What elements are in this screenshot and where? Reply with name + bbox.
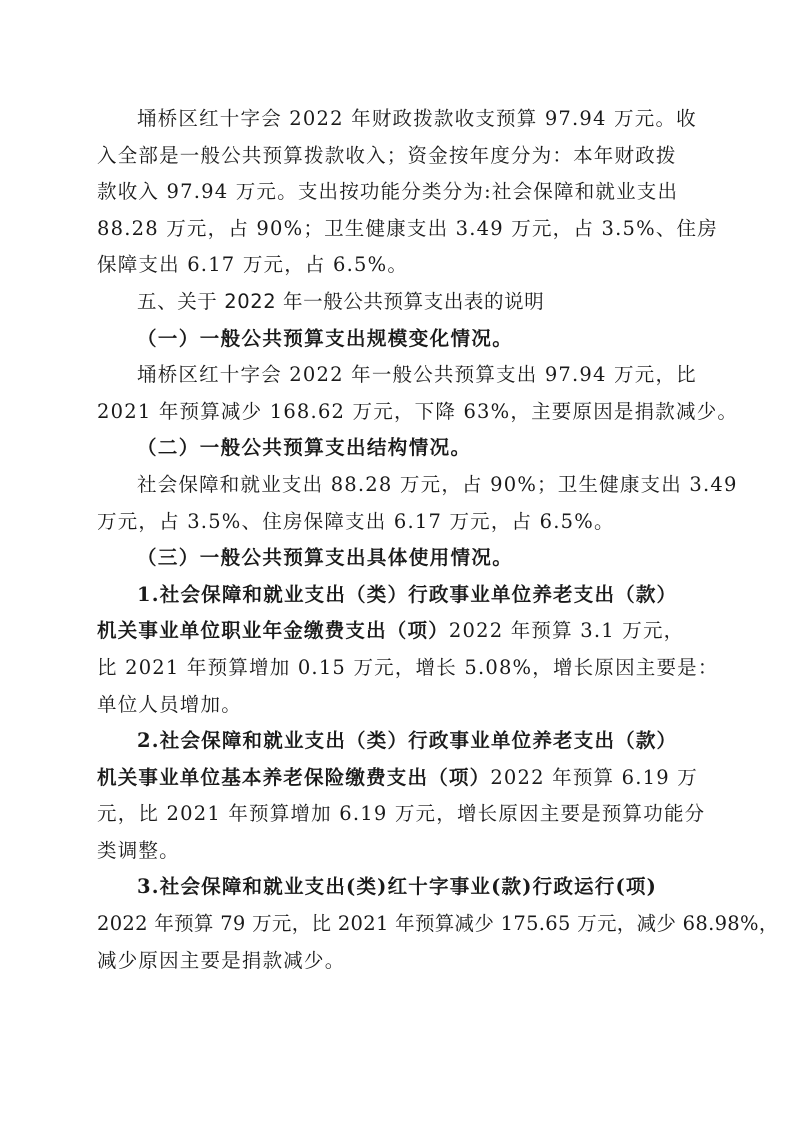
intro-paragraph: 埇桥区红十字会 2022 年财政拨款收支预算 97.94 万元。收 入全部是一般… [97,101,693,284]
text-line: 入全部是一般公共预算拨款收入；资金按年度分为：本年财政拨 [97,138,693,175]
text-line: 2022 年预算 79 万元，比 2021 年预算减少 175.65 万元，减少… [97,906,693,943]
subsection-heading: （一）一般公共预算支出规模变化情况。 [97,321,693,358]
text-line: 减少原因主要是捐款减少。 [97,943,693,980]
item-title: 1.社会保障和就业支出（类）行政事业单位养老支出（款） [97,577,693,614]
expense-item: 3.社会保障和就业支出(类)红十字事业(款)行政运行(项) 2022 年预算 7… [97,869,693,979]
text-line: 机关事业单位基本养老保险缴费支出（项）2022 年预算 6.19 万 [97,760,693,797]
text-line: 比 2021 年预算增加 0.15 万元，增长 5.08%，增长原因主要是： [97,650,693,687]
document-page: 埇桥区红十字会 2022 年财政拨款收支预算 97.94 万元。收 入全部是一般… [97,101,693,979]
item-title: 2.社会保障和就业支出（类）行政事业单位养老支出（款） [97,723,693,760]
section-heading: 五、关于 2022 年一般公共预算支出表的说明 [97,284,693,321]
text-line: 类调整。 [97,833,693,870]
item-title: 3.社会保障和就业支出(类)红十字事业(款)行政运行(项) [97,869,693,906]
text-line: 机关事业单位职业年金缴费支出（项）2022 年预算 3.1 万元， [97,613,693,650]
text-line: 2021 年预算减少 168.62 万元，下降 63%，主要原因是捐款减少。 [97,394,693,431]
text-line: 元，比 2021 年预算增加 6.19 万元，增长原因主要是预算功能分 [97,796,693,833]
text-line: 款收入 97.94 万元。支出按功能分类分为:社会保障和就业支出 [97,174,693,211]
subsection-heading: （三）一般公共预算支出具体使用情况。 [97,540,693,577]
text-line: 埇桥区红十字会 2022 年一般公共预算支出 97.94 万元，比 [97,357,693,394]
item-text: 2022 年预算 3.1 万元， [449,619,684,642]
item-text: 2022 年预算 6.19 万 [490,766,698,789]
text-line: 保障支出 6.17 万元，占 6.5%。 [97,247,693,284]
text-line: 万元，占 3.5%、住房保障支出 6.17 万元，占 6.5%。 [97,504,693,541]
text-line: 社会保障和就业支出 88.28 万元，占 90%；卫生健康支出 3.49 [97,467,693,504]
text-line: 埇桥区红十字会 2022 年财政拨款收支预算 97.94 万元。收 [97,101,693,138]
subsection-heading: （二）一般公共预算支出结构情况。 [97,430,693,467]
expense-item: 2.社会保障和就业支出（类）行政事业单位养老支出（款） 机关事业单位基本养老保险… [97,723,693,869]
item-title-cont: 机关事业单位基本养老保险缴费支出（项） [97,766,490,789]
text-line: 单位人员增加。 [97,687,693,724]
expense-item: 1.社会保障和就业支出（类）行政事业单位养老支出（款） 机关事业单位职业年金缴费… [97,577,693,723]
text-line: 88.28 万元，占 90%；卫生健康支出 3.49 万元，占 3.5%、住房 [97,211,693,248]
item-title-cont: 机关事业单位职业年金缴费支出（项） [97,619,449,642]
